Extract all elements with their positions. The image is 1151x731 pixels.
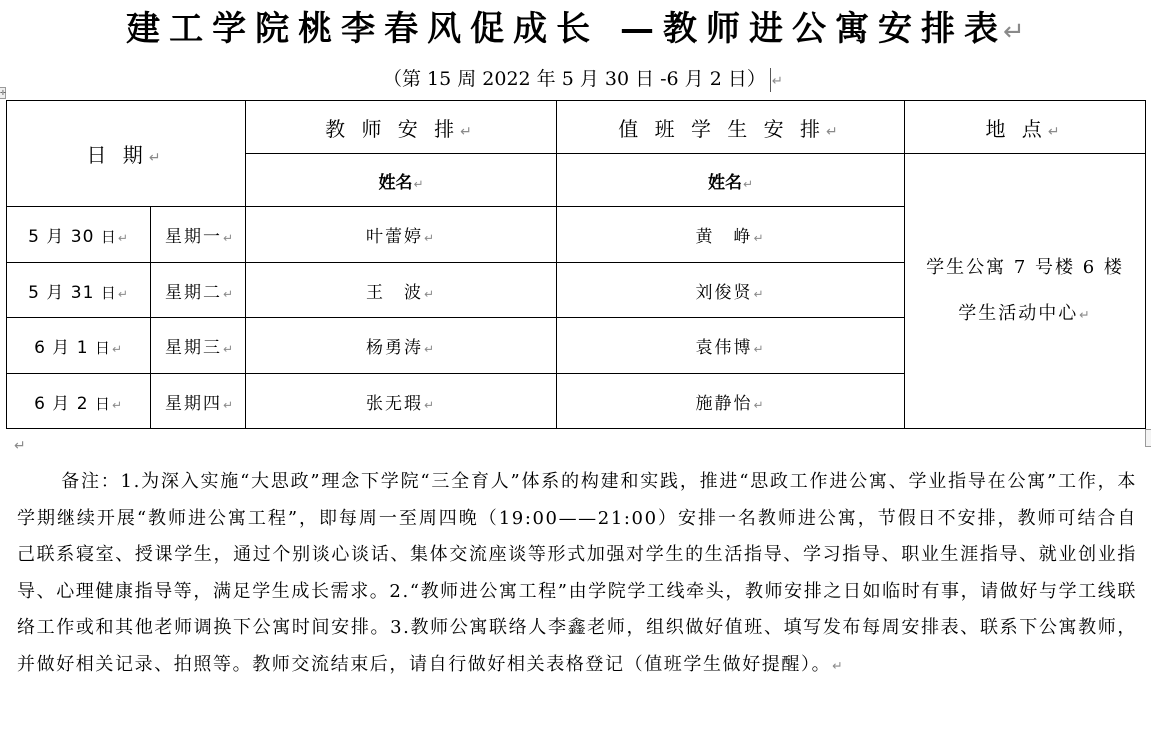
header-date: 日 期↵ bbox=[7, 101, 246, 207]
notes-text: 备注：1.为深入实施“大思政”理念下学院“三全育人”体系的构建和实践，推进“思政… bbox=[17, 471, 1137, 675]
student-name-cell: 黄 峥↵ bbox=[557, 207, 905, 263]
paragraph-mark-icon: ↵ bbox=[149, 150, 166, 166]
paragraph-mark-icon: ↵ bbox=[118, 287, 129, 301]
weekday-cell: 星期四↵ bbox=[151, 374, 246, 429]
paragraph-mark-icon: ↵ bbox=[223, 398, 235, 412]
date-cell: 6 月 2 日↵ bbox=[7, 374, 151, 429]
paragraph-mark-icon: ↵ bbox=[754, 287, 766, 301]
location-line2: 学生活动中心↵ bbox=[905, 291, 1145, 338]
paragraph-mark-icon: ↵ bbox=[118, 231, 129, 245]
date-cell: 5 月 31 日↵ bbox=[7, 263, 151, 318]
date-cell: 5 月 30 日↵ bbox=[7, 207, 151, 263]
header-row: 日 期↵ 教 师 安 排↵ 值 班 学 生 安 排↵ 地 点↵ bbox=[7, 101, 1146, 154]
table-resize-handle-icon[interactable] bbox=[1145, 429, 1151, 447]
paragraph-mark-icon: ↵ bbox=[772, 74, 783, 89]
paragraph-mark-icon: ↵ bbox=[223, 231, 235, 245]
header-teacher: 教 师 安 排↵ bbox=[246, 101, 557, 154]
schedule-table: 日 期↵ 教 师 安 排↵ 值 班 学 生 安 排↵ 地 点↵ 姓名↵ 姓名↵ … bbox=[6, 100, 1146, 429]
paragraph-mark-icon: ↵ bbox=[112, 398, 123, 412]
location-line1: 学生公寓 7 号楼 6 楼 bbox=[905, 245, 1145, 291]
text-cursor bbox=[770, 68, 771, 92]
paragraph-mark-icon: ↵ bbox=[424, 287, 436, 301]
teacher-name-cell: 王 波↵ bbox=[246, 263, 557, 318]
date-cell: 6 月 1 日↵ bbox=[7, 318, 151, 374]
paragraph-mark-icon: ↵ bbox=[1048, 124, 1065, 140]
subheader-teacher-name: 姓名↵ bbox=[246, 154, 557, 207]
document-title: 建工学院桃李春风促成长 —教师进公寓安排表↵ bbox=[0, 4, 1151, 57]
weekday-cell: 星期三↵ bbox=[151, 318, 246, 374]
header-location: 地 点↵ bbox=[905, 101, 1146, 154]
paragraph-mark-icon: ↵ bbox=[826, 124, 843, 140]
subheader-student-name: 姓名↵ bbox=[557, 154, 905, 207]
header-student: 值 班 学 生 安 排↵ bbox=[557, 101, 905, 154]
paragraph-mark-icon: ↵ bbox=[14, 438, 26, 454]
notes-paragraph: 备注：1.为深入实施“大思政”理念下学院“三全育人”体系的构建和实践，推进“思政… bbox=[17, 464, 1137, 684]
paragraph-mark-icon: ↵ bbox=[754, 342, 766, 356]
paragraph-mark-icon: ↵ bbox=[743, 177, 753, 191]
student-name-cell: 刘俊贤↵ bbox=[557, 263, 905, 318]
paragraph-mark-icon: ↵ bbox=[112, 342, 123, 356]
paragraph-mark-icon: ↵ bbox=[223, 287, 235, 301]
paragraph-mark-icon: ↵ bbox=[424, 398, 436, 412]
teacher-name-cell: 张无瑕↵ bbox=[246, 374, 557, 429]
teacher-name-cell: 杨勇涛↵ bbox=[246, 318, 557, 374]
paragraph-mark-icon: ↵ bbox=[223, 342, 235, 356]
paragraph-mark-icon: ↵ bbox=[754, 398, 766, 412]
table-move-handle-icon[interactable]: ✛ bbox=[0, 87, 6, 99]
paragraph-mark-icon: ↵ bbox=[460, 124, 477, 140]
paragraph-mark-icon: ↵ bbox=[424, 342, 436, 356]
location-cell: 学生公寓 7 号楼 6 楼 学生活动中心↵ bbox=[905, 154, 1146, 429]
paragraph-mark-icon: ↵ bbox=[1003, 17, 1025, 47]
student-name-cell: 施静怡↵ bbox=[557, 374, 905, 429]
teacher-name-cell: 叶蕾婷↵ bbox=[246, 207, 557, 263]
paragraph-mark-icon: ↵ bbox=[754, 231, 766, 245]
paragraph-mark-icon: ↵ bbox=[1079, 307, 1092, 322]
student-name-cell: 袁伟博↵ bbox=[557, 318, 905, 374]
weekday-cell: 星期二↵ bbox=[151, 263, 246, 318]
paragraph-mark-icon: ↵ bbox=[424, 231, 436, 245]
title-text: 建工学院桃李春风促成长 —教师进公寓安排表 bbox=[126, 9, 1007, 49]
paragraph-mark-icon: ↵ bbox=[414, 177, 424, 191]
paragraph-mark-icon: ↵ bbox=[832, 658, 844, 673]
document-subtitle: （第 15 周 2022 年 5 月 30 日 -6 月 2 日）↵ bbox=[0, 64, 1151, 97]
weekday-cell: 星期一↵ bbox=[151, 207, 246, 263]
subtitle-text: （第 15 周 2022 年 5 月 30 日 -6 月 2 日） bbox=[383, 68, 766, 90]
